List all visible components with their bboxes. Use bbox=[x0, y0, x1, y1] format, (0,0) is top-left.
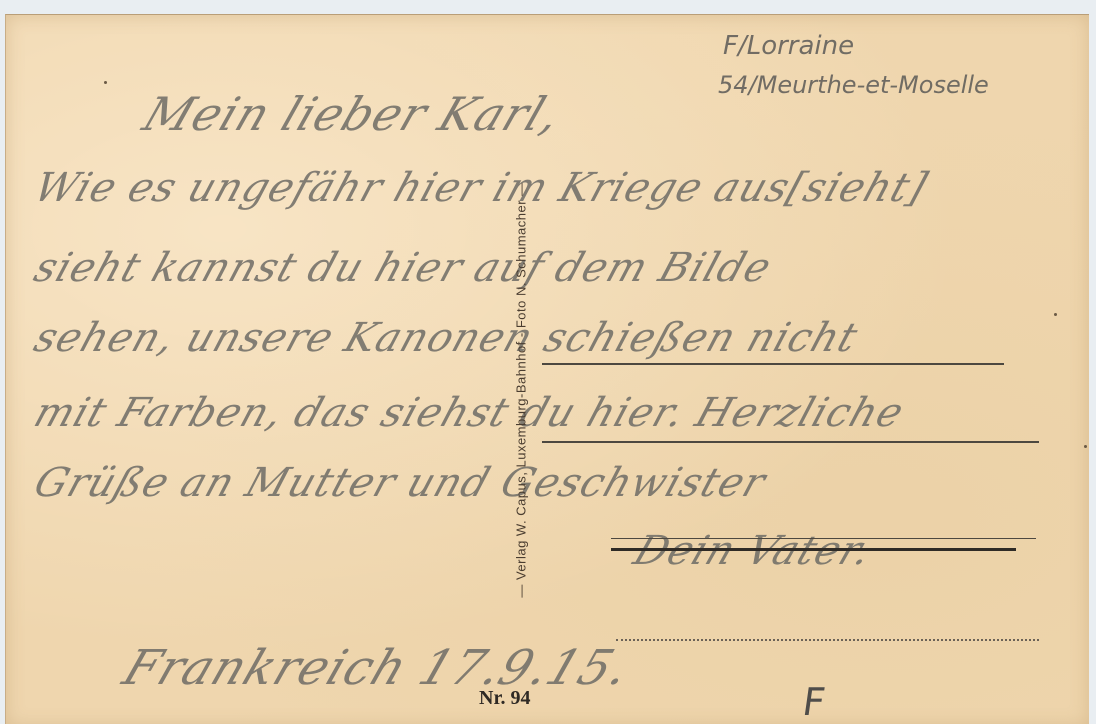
message-line-1: Wie es ungefähr hier im Kriege aus[sieht… bbox=[29, 165, 934, 211]
address-line-1 bbox=[542, 363, 1004, 365]
address-line-3-thin bbox=[611, 538, 1036, 539]
address-line-3-thick bbox=[611, 548, 1016, 551]
publisher-imprint: — Verlag W. Capus, Luxemburg-Bahnhof - F… bbox=[514, 182, 529, 597]
message-line-5: Grüße an Mutter und Geschwister bbox=[29, 460, 772, 506]
message-line-3: sehen, unsere Kanonen schießen nicht bbox=[29, 315, 864, 361]
paper-speck bbox=[104, 81, 107, 84]
message-signature: Dein Vater. bbox=[628, 528, 879, 574]
annotation-region: F/Lorraine bbox=[723, 31, 854, 61]
address-dotted-line bbox=[616, 639, 1039, 641]
message-place-date: Frankreich 17.9.15. bbox=[116, 640, 638, 696]
annotation-department: 54/Meurthe-et-Moselle bbox=[718, 71, 989, 99]
marking-letter: F bbox=[800, 680, 828, 724]
postcard-back: F/Lorraine 54/Meurthe-et-Moselle Mein li… bbox=[5, 14, 1089, 724]
message-line-4: mit Farben, das siehst du hier. Herzlich… bbox=[29, 390, 910, 436]
paper-speck bbox=[1084, 445, 1087, 448]
message-line-2: sieht kannst du hier auf dem Bilde bbox=[29, 245, 778, 291]
message-greeting: Mein lieber Karl, bbox=[136, 87, 569, 141]
address-line-2 bbox=[542, 441, 1039, 443]
paper-speck bbox=[1054, 313, 1057, 316]
card-number: Nr. 94 bbox=[479, 687, 530, 710]
